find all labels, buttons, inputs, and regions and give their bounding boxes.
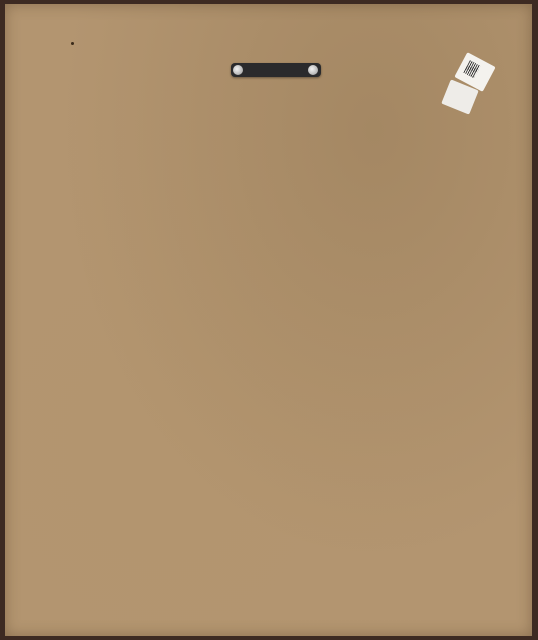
sawtooth-hanger (231, 63, 321, 77)
speck (71, 42, 74, 45)
barcode-icon (463, 60, 480, 78)
rivet-icon (308, 65, 318, 75)
rivet-icon (233, 65, 243, 75)
price-sticker (443, 58, 495, 116)
picture-frame (0, 0, 538, 640)
hardboard-backing (5, 4, 532, 636)
